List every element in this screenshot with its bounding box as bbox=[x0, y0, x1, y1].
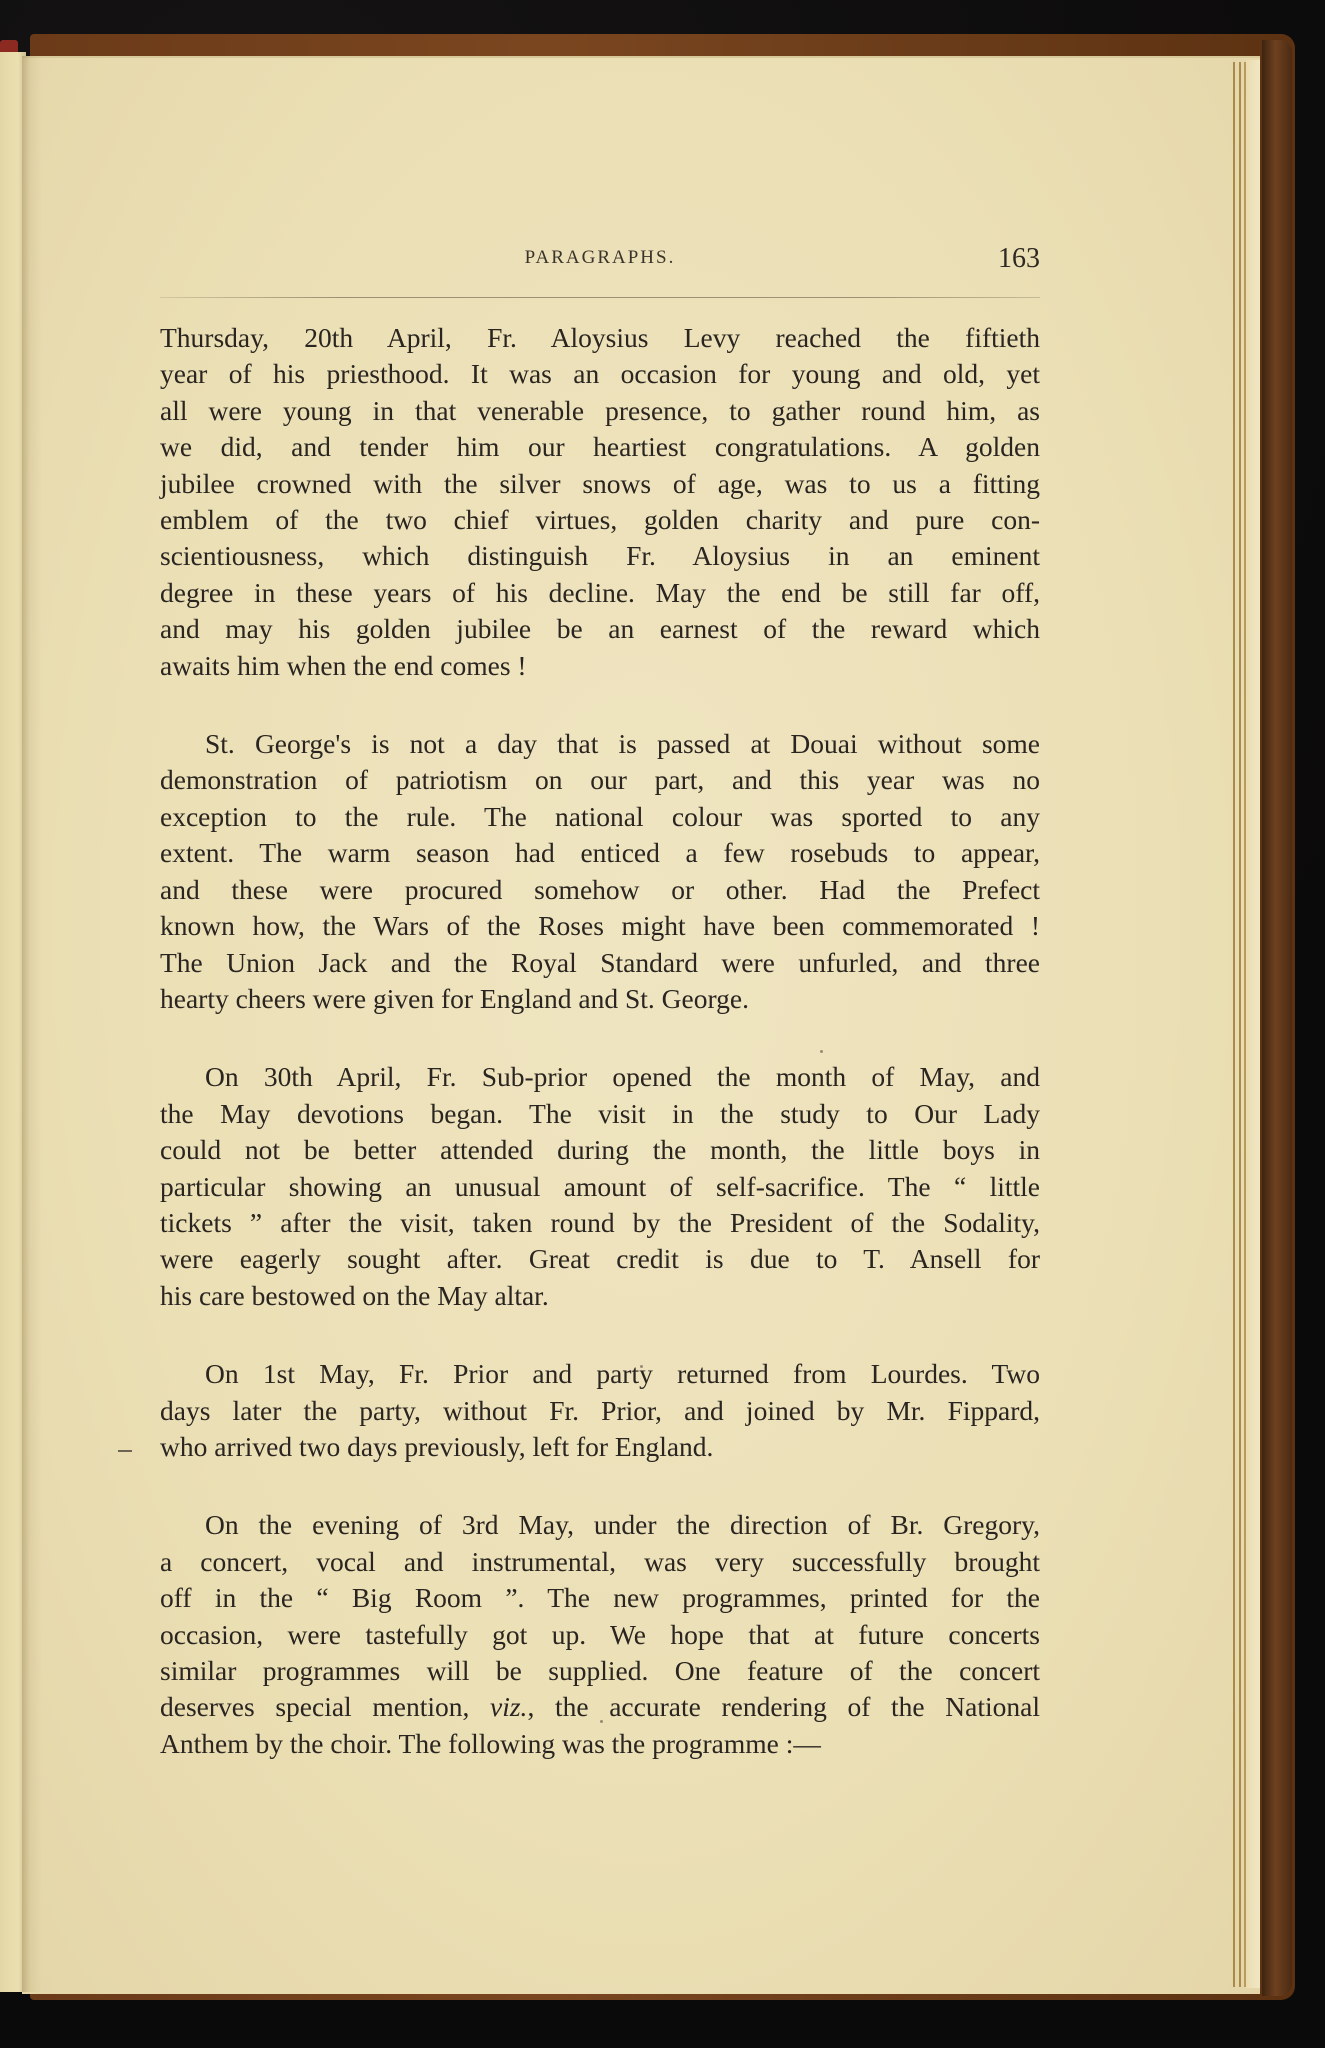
paragraph-lourdes-return: On 1st May, Fr. Prior and party returned… bbox=[160, 1356, 1040, 1465]
text-line: On 30th April, Fr. Sub-prior opened the … bbox=[160, 1059, 1040, 1095]
text-line: and may his golden jubilee be an earnest… bbox=[160, 611, 1040, 647]
text-line: exception to the rule. The national colo… bbox=[160, 799, 1040, 835]
text-run: deserves special mention, bbox=[160, 1691, 490, 1722]
text-line: jubilee crowned with the silver snows of… bbox=[160, 466, 1040, 502]
running-head: PARAGRAPHS. 163 bbox=[160, 243, 1040, 273]
text-line: similar programmes will be supplied. One… bbox=[160, 1653, 1040, 1689]
text-line: On the evening of 3rd May, under the dir… bbox=[160, 1507, 1040, 1543]
running-head-title: PARAGRAPHS. bbox=[160, 247, 1040, 269]
text-line: we did, and tender him our heartiest con… bbox=[160, 429, 1040, 465]
text-line: the May devotions began. The visit in th… bbox=[160, 1096, 1040, 1132]
text-line: extent. The warm season had enticed a fe… bbox=[160, 835, 1040, 871]
italic-abbreviation: viz. bbox=[490, 1691, 527, 1722]
text-line: particular showing an unusual amount of … bbox=[160, 1169, 1040, 1205]
paragraph-may-devotions: On 30th April, Fr. Sub-prior opened the … bbox=[160, 1059, 1040, 1314]
paragraph-st-georges: St. George's is not a day that is passed… bbox=[160, 726, 1040, 1017]
text-line: could not be better attended during the … bbox=[160, 1132, 1040, 1168]
text-run: , the accurate rendering of the National bbox=[527, 1691, 1040, 1722]
paper-speck bbox=[640, 1365, 643, 1368]
paper-speck bbox=[600, 1720, 603, 1723]
text-line: Anthem by the choir. The following was t… bbox=[160, 1726, 1040, 1762]
text-line: demonstration of patriotism on our part,… bbox=[160, 762, 1040, 798]
text-line: The Union Jack and the Royal Standard we… bbox=[160, 945, 1040, 981]
paragraph-concert: On the evening of 3rd May, under the dir… bbox=[160, 1507, 1040, 1762]
text-line: all were young in that venerable presenc… bbox=[160, 393, 1040, 429]
gutter-shadow bbox=[22, 56, 42, 1992]
text-line: occasion, were tastefully got up. We hop… bbox=[160, 1617, 1040, 1653]
margin-pencil-mark bbox=[118, 1450, 132, 1452]
text-line: tickets ” after the visit, taken round b… bbox=[160, 1205, 1040, 1241]
book-spine-edge bbox=[1262, 40, 1292, 1996]
page-stack-line bbox=[1244, 62, 1246, 1987]
paragraph-levy-jubilee: Thursday, 20th April, Fr. Aloysius Levy … bbox=[160, 320, 1040, 684]
text-line: who arrived two days previously, left fo… bbox=[160, 1429, 1040, 1465]
text-line: St. George's is not a day that is passed… bbox=[160, 726, 1040, 762]
text-line: a concert, vocal and instrumental, was v… bbox=[160, 1544, 1040, 1580]
text-line: were eagerly sought after. Great credit … bbox=[160, 1241, 1040, 1277]
text-line: year of his priesthood. It was an occasi… bbox=[160, 356, 1040, 392]
page-body: Thursday, 20th April, Fr. Aloysius Levy … bbox=[160, 320, 1040, 1762]
page-stack-line bbox=[1233, 62, 1235, 1987]
text-line: Thursday, 20th April, Fr. Aloysius Levy … bbox=[160, 320, 1040, 356]
paper-speck bbox=[820, 1050, 823, 1053]
page-number: 163 bbox=[998, 243, 1040, 275]
header-rule bbox=[160, 297, 1040, 298]
text-line: degree in these years of his decline. Ma… bbox=[160, 575, 1040, 611]
text-line: scientiousness, which distinguish Fr. Al… bbox=[160, 538, 1040, 574]
text-line: and these were procured somehow or other… bbox=[160, 872, 1040, 908]
text-line: emblem of the two chief virtues, golden … bbox=[160, 502, 1040, 538]
text-line: his care bestowed on the May altar. bbox=[160, 1278, 1040, 1314]
text-line: hearty cheers were given for England and… bbox=[160, 981, 1040, 1017]
text-line: known how, the Wars of the Roses might h… bbox=[160, 908, 1040, 944]
text-line: off in the “ Big Room ”. The new program… bbox=[160, 1580, 1040, 1616]
text-line: awaits him when the end comes ! bbox=[160, 648, 1040, 684]
text-line: days later the party, without Fr. Prior,… bbox=[160, 1393, 1040, 1429]
page-stack-edge bbox=[1246, 60, 1260, 1988]
text-line: On 1st May, Fr. Prior and party returned… bbox=[160, 1356, 1040, 1392]
page-stack-line bbox=[1239, 62, 1241, 1987]
